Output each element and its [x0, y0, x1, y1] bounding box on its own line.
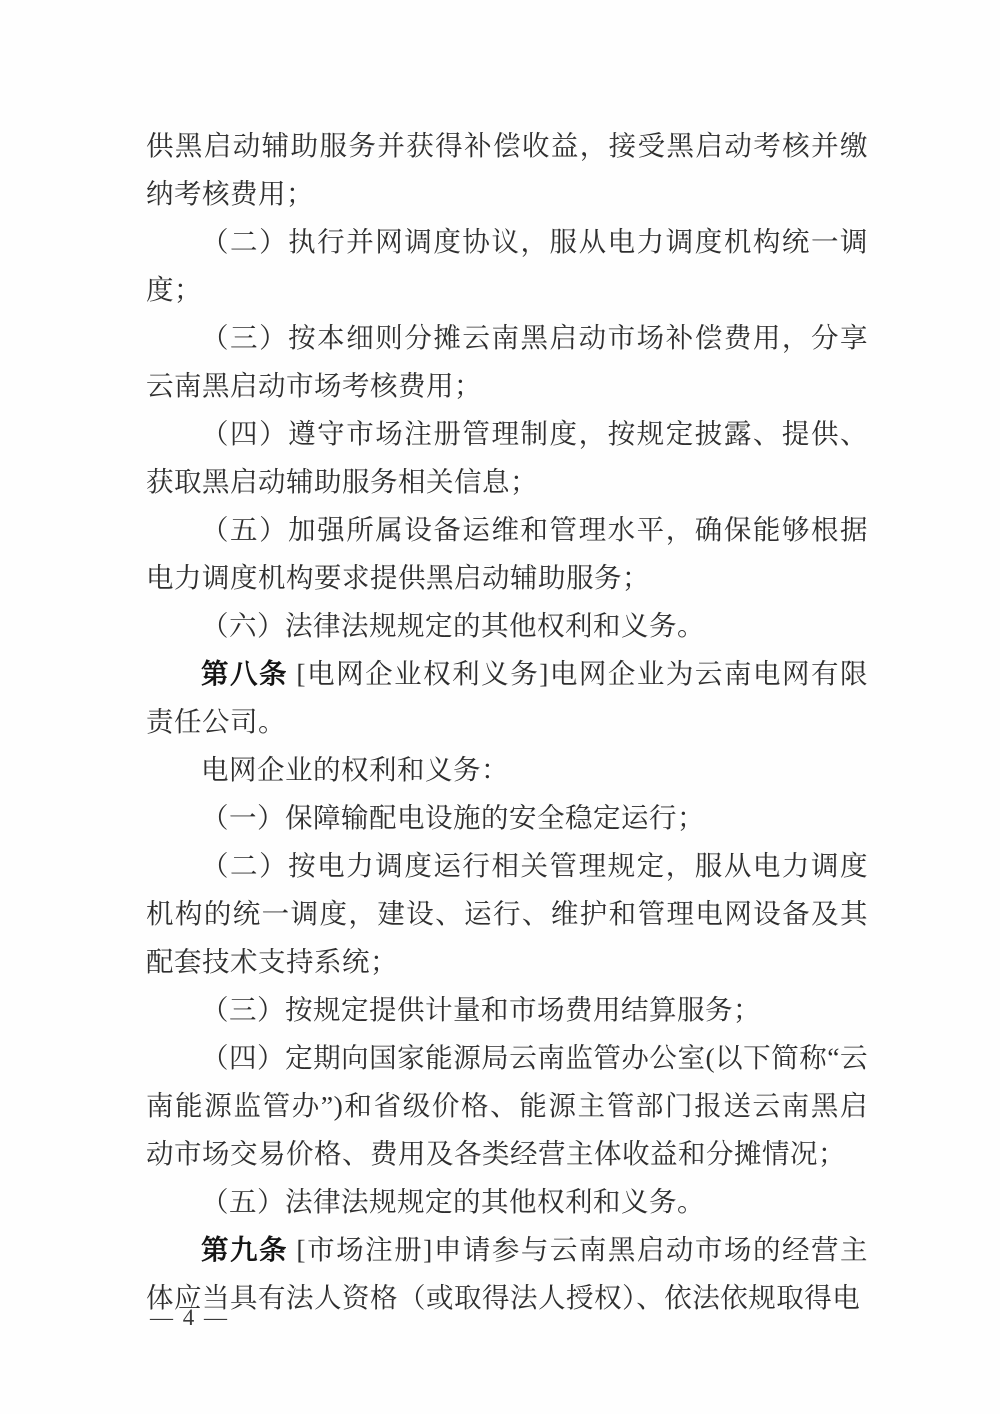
- paragraph: （六）法律法规规定的其他权利和义务。: [146, 602, 868, 650]
- paragraph: （四）定期向国家能源局云南监管办公室(以下简称“云南能源监管办”)和省级价格、能…: [146, 1034, 868, 1178]
- paragraph: 电网企业的权利和义务：: [146, 746, 868, 794]
- paragraph: （一）保障输配电设施的安全稳定运行；: [146, 794, 868, 842]
- document-page: 供黑启动辅助服务并获得补偿收益，接受黑启动考核并缴纳考核费用； （二）执行并网调…: [0, 0, 1000, 1414]
- paragraph: （三）按本细则分摊云南黑启动市场补偿费用，分享云南黑启动市场考核费用；: [146, 314, 868, 410]
- paragraph: （四）遵守市场注册管理制度，按规定披露、提供、获取黑启动辅助服务相关信息；: [146, 410, 868, 506]
- paragraph: 供黑启动辅助服务并获得补偿收益，接受黑启动考核并缴纳考核费用；: [146, 122, 868, 218]
- page-number: — 4 —: [150, 1305, 229, 1331]
- text-content: 供黑启动辅助服务并获得补偿收益，接受黑启动考核并缴纳考核费用； （二）执行并网调…: [146, 122, 868, 1322]
- paragraph-article-8: 第八条 [电网企业权利义务]电网企业为云南电网有限责任公司。: [146, 650, 868, 746]
- paragraph-article-9: 第九条 [市场注册]申请参与云南黑启动市场的经营主体应当具有法人资格（或取得法人…: [146, 1226, 868, 1322]
- paragraph: （三）按规定提供计量和市场费用结算服务；: [146, 986, 868, 1034]
- paragraph: （五）法律法规规定的其他权利和义务。: [146, 1178, 868, 1226]
- paragraph: （二）按电力调度运行相关管理规定，服从电力调度机构的统一调度，建设、运行、维护和…: [146, 842, 868, 986]
- paragraph: （五）加强所属设备运维和管理水平，确保能够根据电力调度机构要求提供黑启动辅助服务…: [146, 506, 868, 602]
- article-number-label: 第八条: [201, 658, 288, 689]
- article-number-label: 第九条: [201, 1234, 288, 1265]
- paragraph: （二）执行并网调度协议，服从电力调度机构统一调度；: [146, 218, 868, 314]
